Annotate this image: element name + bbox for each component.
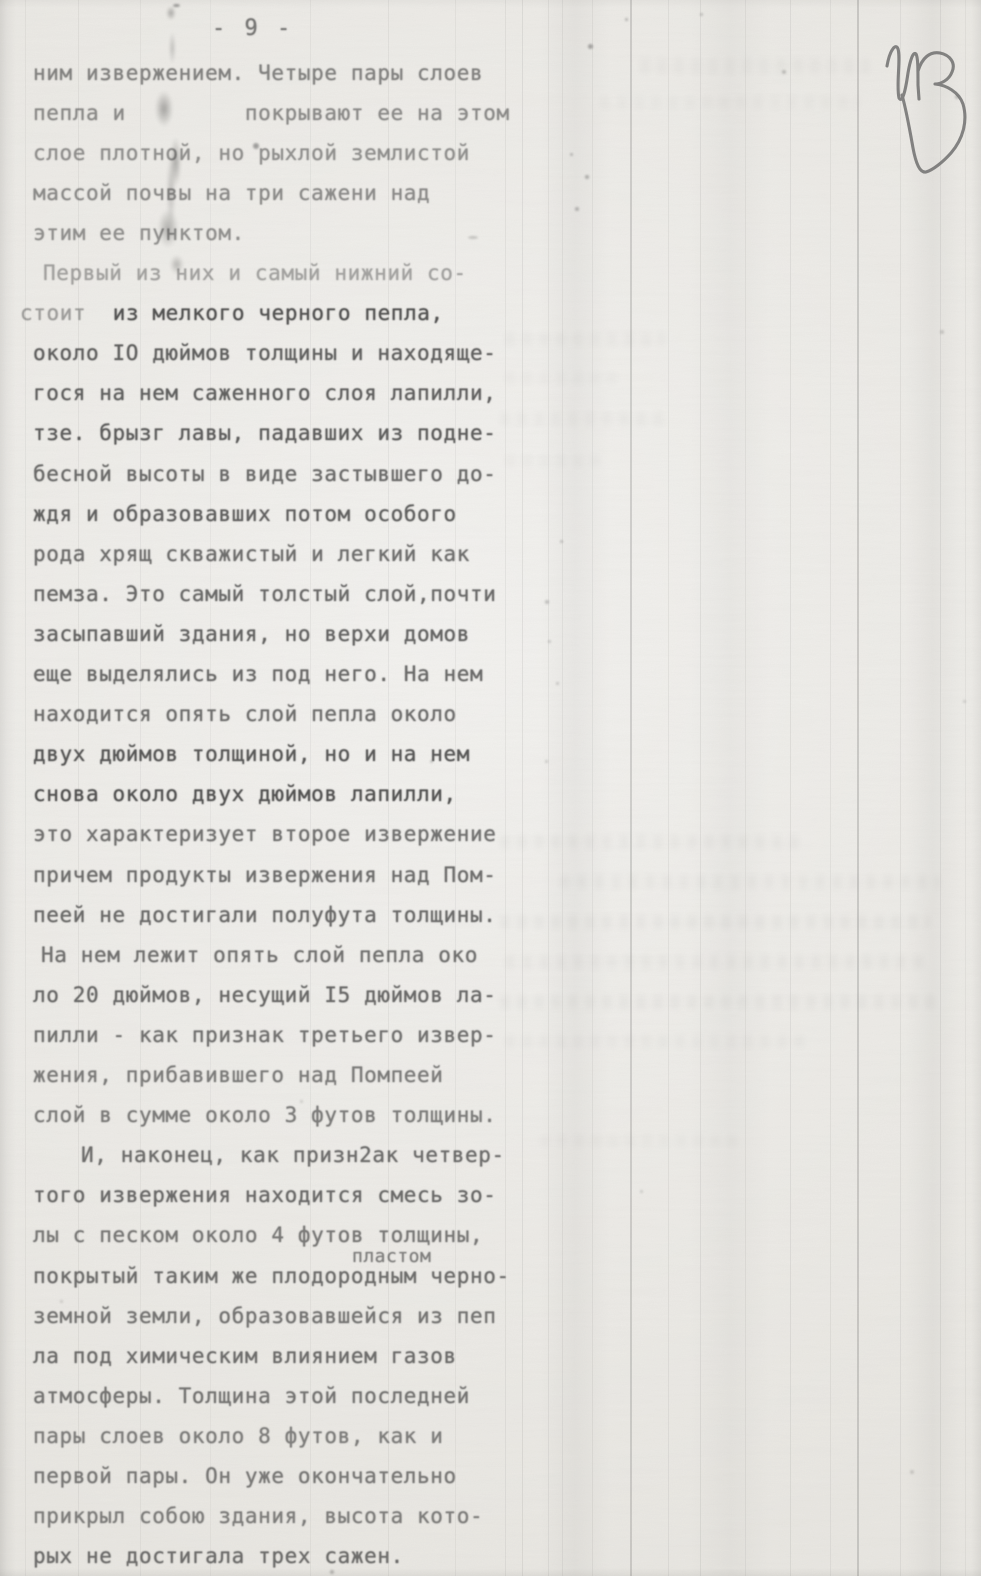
fold-line (505, 0, 506, 1576)
ink-speck (940, 330, 944, 334)
ink-speck (173, 4, 180, 7)
typewritten-line: Первый из них и самый нижний со- (43, 260, 467, 286)
paper-shade-band (905, 0, 960, 1576)
fold-line (940, 0, 941, 1576)
ink-speck (468, 236, 478, 239)
fold-line (630, 0, 632, 1576)
typewritten-line: еще выделялись из под него. На нем (33, 661, 483, 687)
fold-line (857, 0, 859, 1576)
fold-line (790, 0, 791, 1576)
page-number: - 9 - (212, 16, 293, 41)
fold-line (562, 0, 563, 1576)
fold-line (592, 0, 593, 1576)
typewritten-line: И, наконец, как призн2ак четвер- (81, 1142, 505, 1168)
typewritten-line: около IO дюймов толщины и находяще- (33, 340, 497, 366)
ink-speck (963, 700, 966, 703)
typewritten-line: находится опять слой пепла около (33, 701, 457, 727)
typewritten-line: ждя и образовавших потом особого (33, 501, 457, 527)
bleedthrough-band (640, 58, 870, 74)
ink-speck (556, 682, 559, 685)
typewritten-line: ло 20 дюймов, несущий I5 дюймов ла- (33, 982, 497, 1008)
fold-line (830, 0, 831, 1576)
typewritten-line: рых не достигала трех сажен. (33, 1543, 404, 1569)
typewritten-line: пеей не достигали полуфута толщины. (33, 902, 497, 928)
typewritten-line: пепла и покрывают ее на этом (33, 100, 510, 126)
handwritten-page-number: 43 (872, 40, 981, 180)
fold-line (668, 0, 669, 1576)
typewritten-line: ним извержением. Четыре пары слоев (33, 60, 483, 86)
ink-speck (782, 70, 786, 74)
ink-speck (640, 1190, 643, 1193)
typewritten-line: земной земли, образовавшейся из пеп (33, 1303, 497, 1329)
fold-line (745, 0, 746, 1576)
typewritten-line: атмосферы. Толщина этой последней (33, 1383, 470, 1409)
typewritten-line: тзе. брызг лавы, падавших из подне- (33, 420, 497, 446)
typewritten-line: рода хрящ скважистый и легкий как (33, 541, 470, 567)
typewritten-line: снова около двух дюймов лапилли, (33, 781, 457, 807)
bleedthrough-band (500, 995, 935, 1009)
ink-speck (588, 44, 593, 49)
typewritten-line: гося на нем саженного слоя лапилли, (33, 380, 497, 406)
typewritten-line: лы с песком около 4 футов толщины, (33, 1222, 483, 1248)
typewritten-line: бесной высоты в виде застывшего до- (33, 461, 497, 487)
typewritten-line: двух дюймов толщиной, но и на нем (33, 741, 470, 767)
bleedthrough-band (540, 1135, 740, 1147)
bleedthrough-band (505, 372, 625, 384)
fold-line (25, 0, 26, 1576)
interlinear-insertion: пластом (352, 1246, 431, 1267)
typewritten-line: жения, прибавившего над Помпеей (33, 1062, 444, 1088)
ink-speck (575, 207, 579, 211)
paper-shade-band (690, 0, 770, 1576)
scanned-page: - 9 - ним извержением. Четыре пары слоев… (0, 0, 981, 1576)
bleedthrough-band (505, 1035, 805, 1048)
typewritten-line: слое плотной, но рыхлой землистой (33, 140, 470, 166)
typewritten-line: массой почвы на три сажени над (33, 180, 430, 206)
fold-line (700, 0, 701, 1576)
typewritten-line: прикрыл собою здания, высота кото- (33, 1503, 483, 1529)
bleedthrough-band (505, 332, 665, 346)
bleedthrough-band (505, 955, 925, 969)
ink-speck (560, 540, 563, 543)
paper-shade-band (540, 0, 610, 1576)
ink-speck (585, 175, 589, 179)
fold-line (522, 0, 523, 1576)
ink-speck (570, 153, 573, 156)
ink-speck (625, 18, 628, 21)
typewritten-line: На нем лежит опять слой пепла око (41, 942, 478, 968)
bleedthrough-band (500, 915, 930, 929)
ink-speck (330, 1570, 334, 1574)
fold-line (900, 0, 901, 1576)
bleedthrough-band (505, 455, 600, 467)
typewritten-line: пемза. Это самый толстый слой,почти (33, 581, 497, 607)
typewritten-line: первой пары. Он уже окончательно (33, 1463, 457, 1489)
bleedthrough-band (560, 875, 940, 889)
typewritten-line: покрытый таким же плодородным черно- (33, 1263, 510, 1289)
ink-speck (545, 600, 549, 604)
typewritten-line: этим ее пунктом. (33, 220, 245, 246)
ink-speck (910, 1470, 914, 1474)
fold-line (965, 0, 966, 1576)
bleedthrough-band (600, 96, 860, 109)
svg-text:43: 43 (872, 40, 891, 44)
bleedthrough-band (500, 412, 670, 426)
typewritten-line: пары слоев около 8 футов, как и (33, 1423, 444, 1449)
ink-speck (548, 640, 551, 643)
typewritten-line: засыпавший здания, но верхи домов (33, 621, 470, 647)
typewritten-line: слой в сумме около 3 футов толщины. (33, 1102, 497, 1128)
typewritten-line: того извержения находится смесь зо- (33, 1182, 497, 1208)
ink-speck (955, 95, 959, 99)
ink-speck (545, 760, 548, 763)
typewritten-line: пилли - как признак третьего извер- (33, 1022, 497, 1048)
typewritten-line: это характеризует второе извержение (33, 821, 497, 847)
typewritten-line: стоит из мелкого черного пепла, (20, 300, 444, 326)
typewritten-line: причем продукты извержения над Пом- (33, 862, 497, 888)
typewritten-line: ла под химическим влиянием газов (33, 1343, 457, 1369)
ink-speck (700, 13, 703, 16)
fold-line (548, 0, 549, 1576)
bleedthrough-band (500, 835, 800, 849)
